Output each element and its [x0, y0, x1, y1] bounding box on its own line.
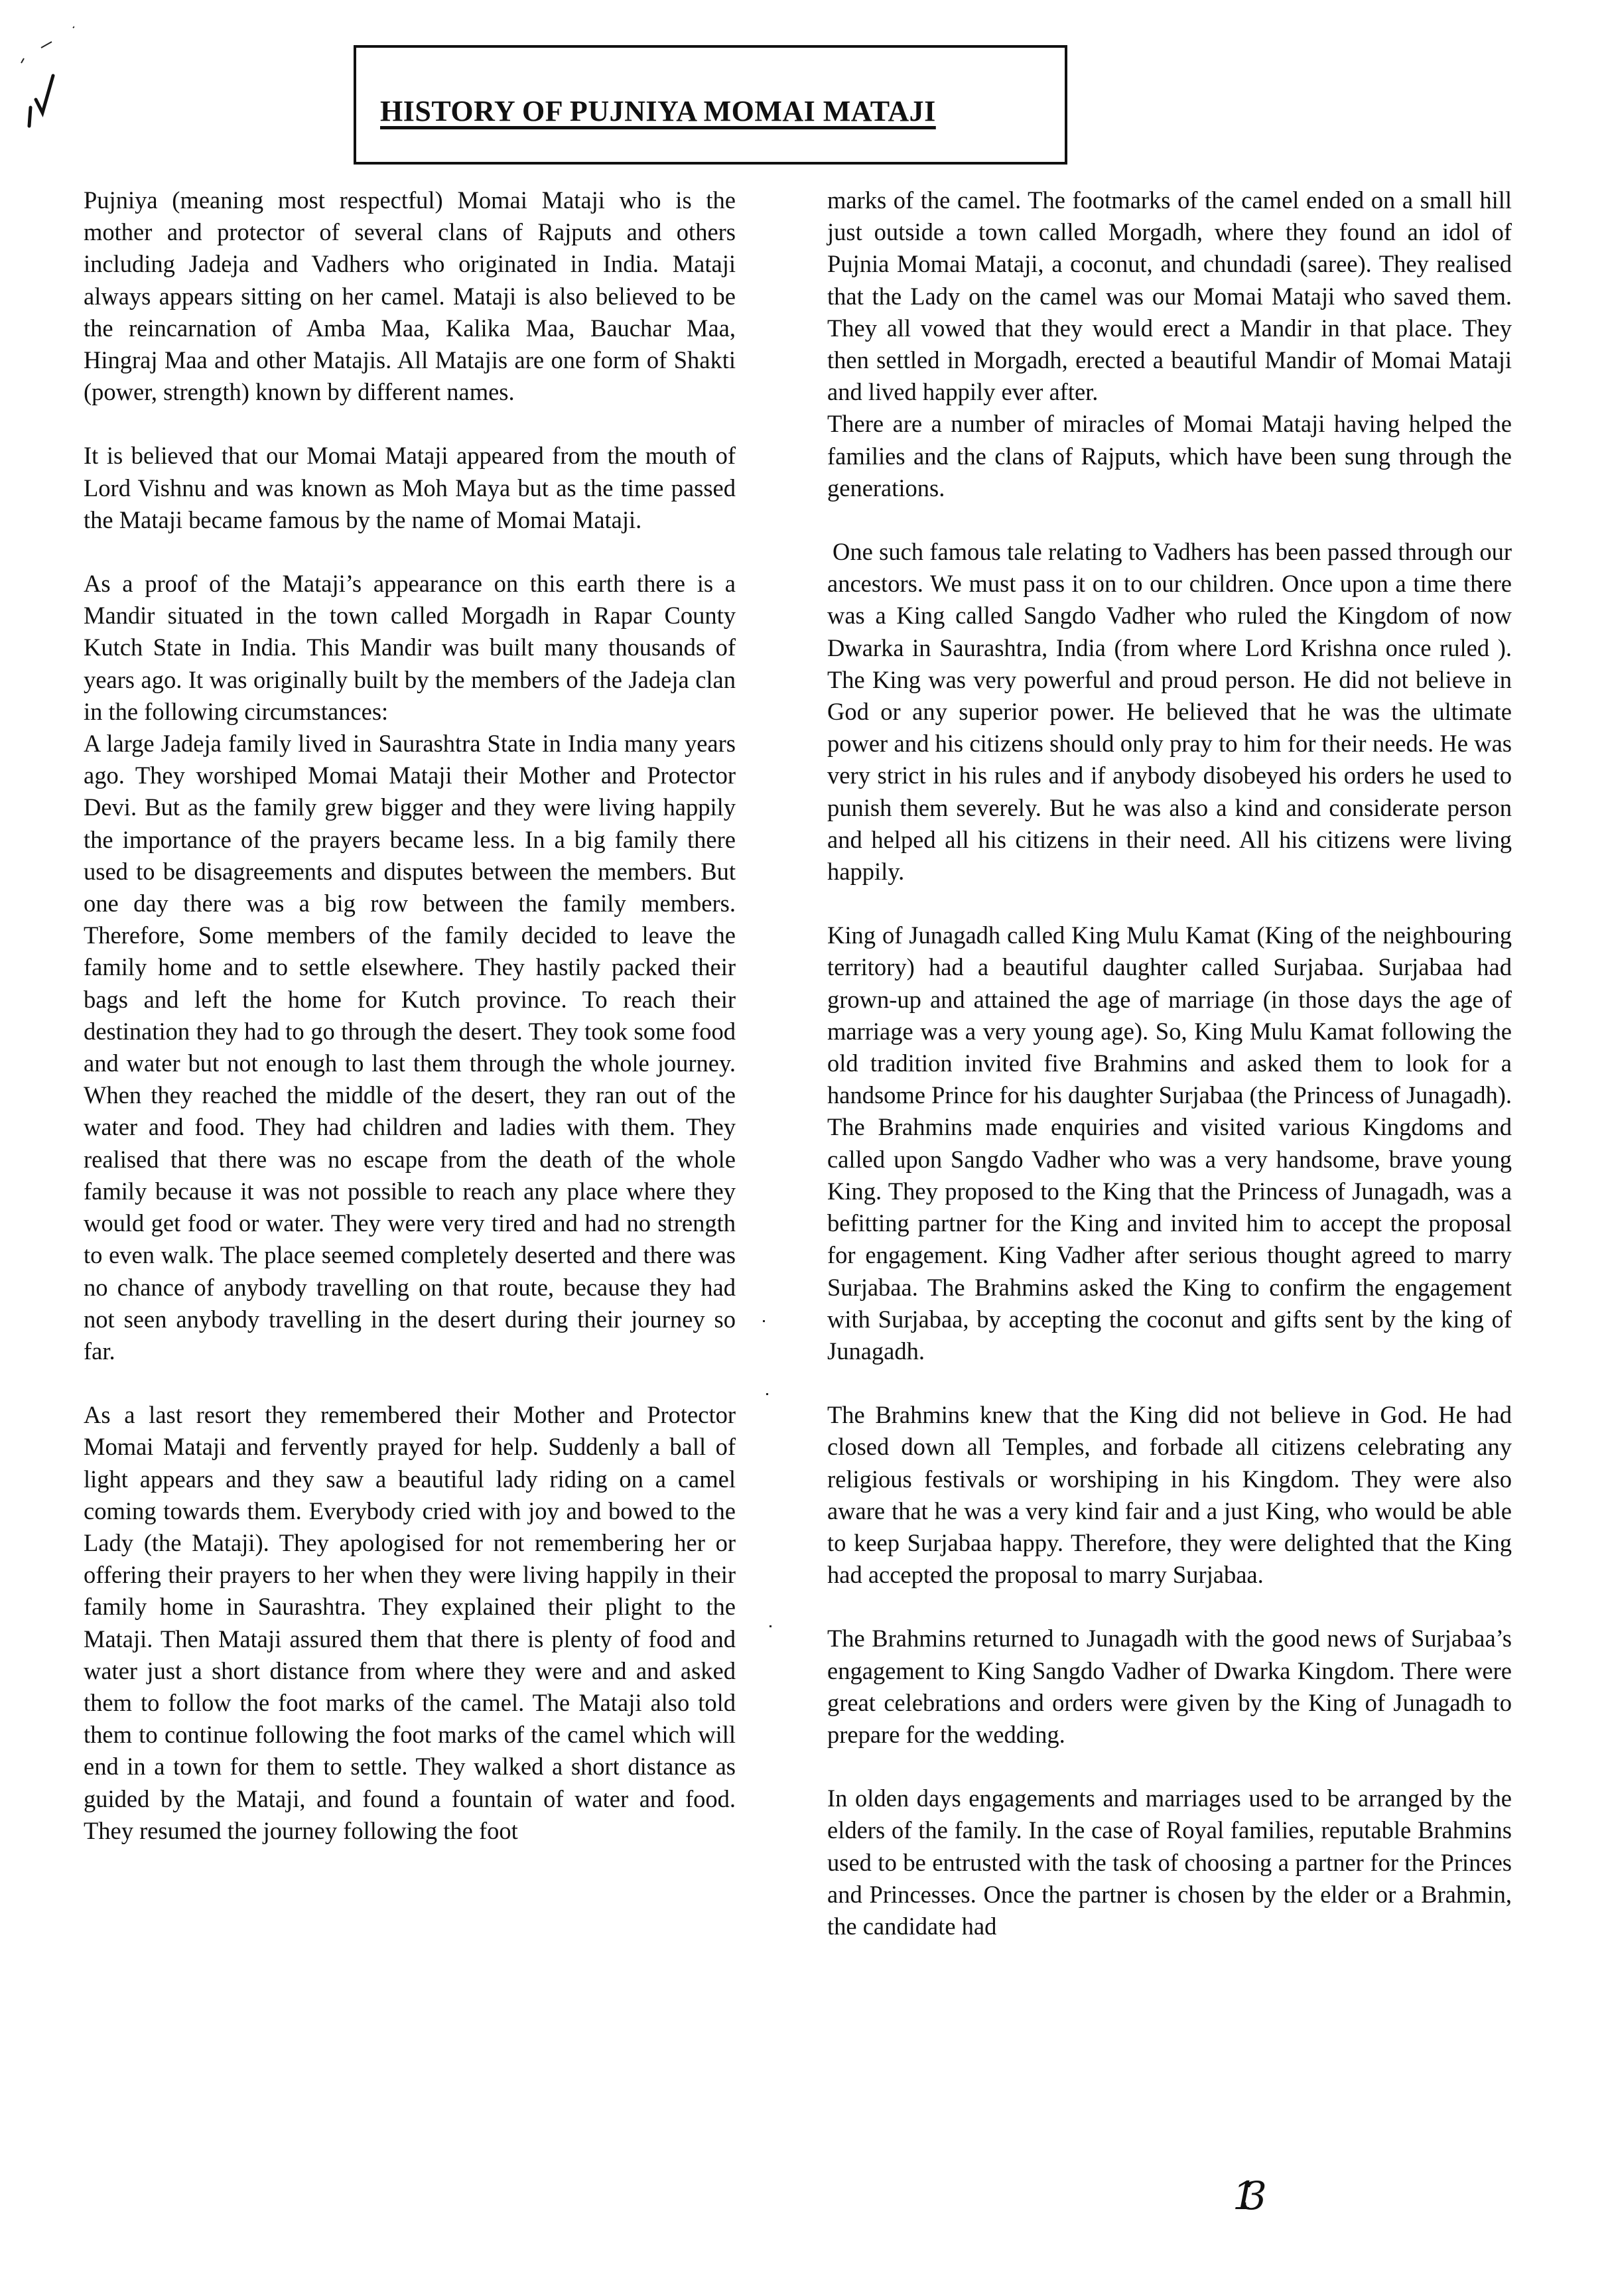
scan-speck [766, 1393, 768, 1395]
paragraph-origin: It is believed that our Momai Mataji app… [84, 440, 736, 536]
paragraph-miracles: There are a number of miracles of Momai … [827, 408, 1512, 504]
paragraph-intro: Pujniya (meaning most respectful) Momai … [84, 184, 736, 408]
paragraph-last-resort: As a last resort they remembered their M… [84, 1399, 736, 1847]
paragraph-jadeja-family: A large Jadeja family lived in Saurashtr… [84, 728, 736, 1367]
right-column: marks of the camel. The footmarks of the… [827, 184, 1512, 1974]
scan-speck [770, 1625, 771, 1627]
handwritten-page-number: 13 [1233, 2173, 1252, 2218]
paragraph-brahmins-knew: The Brahmins knew that the King did not … [827, 1399, 1512, 1591]
paragraph-mandir-proof: As a proof of the Mataji’s appearance on… [84, 568, 736, 728]
handwritten-check-mark-icon [15, 0, 74, 139]
scan-speck [763, 1320, 765, 1322]
title-box: HISTORY OF PUJNIYA MOMAI MATAJI [354, 45, 1067, 165]
page-title: HISTORY OF PUJNIYA MOMAI MATAJI [380, 94, 936, 128]
paragraph-brahmins-returned: The Brahmins returned to Junagadh with t… [827, 1623, 1512, 1751]
paragraph-sangdo-vadher: One such famous tale relating to Vadhers… [827, 536, 1512, 888]
paragraph-camel-footmarks: marks of the camel. The footmarks of the… [827, 184, 1512, 408]
paragraph-olden-days: In olden days engagements and marriages … [827, 1783, 1512, 1942]
paragraph-mulu-kamat: King of Junagadh called King Mulu Kamat … [827, 919, 1512, 1367]
scan-speck [504, 1578, 506, 1580]
left-column: Pujniya (meaning most respectful) Momai … [84, 184, 736, 1879]
